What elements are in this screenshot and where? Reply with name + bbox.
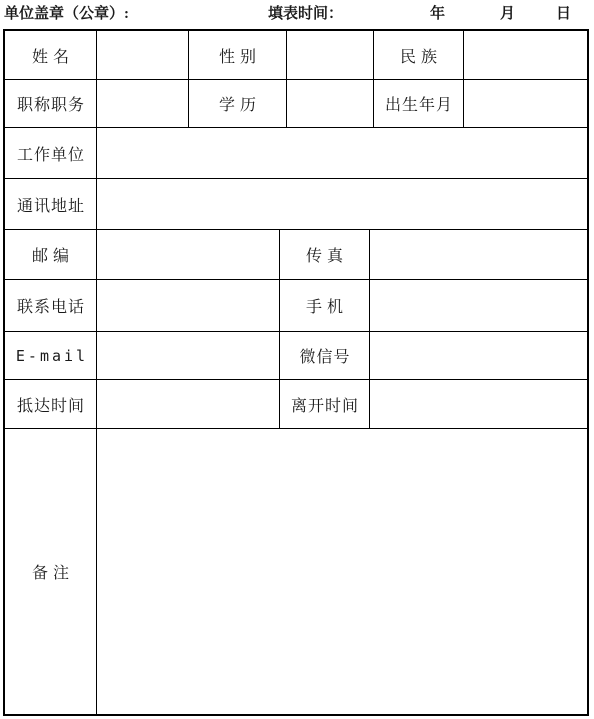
email-label: E-mail [5,332,97,379]
remarks-input-cell[interactable] [97,429,587,714]
month-label: 月 [500,3,515,25]
education-label: 学历 [189,80,287,127]
row-email-wechat: E-mail 微信号 [5,332,587,380]
arrival-time-input-cell[interactable] [97,380,280,428]
wechat-id-label: 微信号 [280,332,370,379]
row-phone-mobile: 联系电话 手机 [5,280,587,332]
unit-seal-label: 单位盖章（公章）: [4,3,129,25]
departure-time-input-cell[interactable] [370,380,587,428]
ethnicity-label: 民族 [374,31,464,79]
fill-time-label: 填表时间： [268,3,343,25]
form-table: 姓名 性别 民族 职称职务 学历 出生年月 工作单位 通讯地址 邮编 传真 [3,29,589,716]
row-work-unit: 工作单位 [5,128,587,179]
email-input-cell[interactable] [97,332,280,379]
name-input-cell[interactable] [97,31,189,79]
registration-form-page: 单位盖章（公章）: 填表时间： 年 月 日 姓名 性别 民族 职称职务 学历 出… [0,0,594,719]
ethnicity-input-cell[interactable] [464,31,587,79]
arrival-time-label: 抵达时间 [5,380,97,428]
day-label: 日 [556,3,571,25]
fax-label: 传真 [280,230,370,279]
row-postal-fax: 邮编 传真 [5,230,587,280]
work-unit-label: 工作单位 [5,128,97,178]
wechat-input-cell[interactable] [370,332,587,379]
year-label: 年 [430,3,445,25]
mailing-address-input-cell[interactable] [97,179,587,229]
row-arrival-departure: 抵达时间 离开时间 [5,380,587,429]
birthdate-label: 出生年月 [374,80,464,127]
contact-phone-input-cell[interactable] [97,280,280,331]
row-remarks: 备注 [5,429,587,714]
education-input-cell[interactable] [287,80,374,127]
fax-input-cell[interactable] [370,230,587,279]
row-name-gender-ethnicity: 姓名 性别 民族 [5,31,587,80]
remarks-label: 备注 [5,429,97,714]
row-mailing-address: 通讯地址 [5,179,587,230]
form-header: 单位盖章（公章）: 填表时间： 年 月 日 [0,0,594,29]
departure-time-label: 离开时间 [280,380,370,428]
row-title-education-birthdate: 职称职务 学历 出生年月 [5,80,587,128]
work-unit-input-cell[interactable] [97,128,587,178]
name-label: 姓名 [5,31,97,79]
contact-phone-label: 联系电话 [5,280,97,331]
title-input-cell[interactable] [97,80,189,127]
title-position-label: 职称职务 [5,80,97,127]
gender-label: 性别 [189,31,287,79]
gender-input-cell[interactable] [287,31,374,79]
mobile-label: 手机 [280,280,370,331]
postal-code-label: 邮编 [5,230,97,279]
birthdate-input-cell[interactable] [464,80,587,127]
mailing-address-label: 通讯地址 [5,179,97,229]
postal-code-input-cell[interactable] [97,230,280,279]
mobile-input-cell[interactable] [370,280,587,331]
